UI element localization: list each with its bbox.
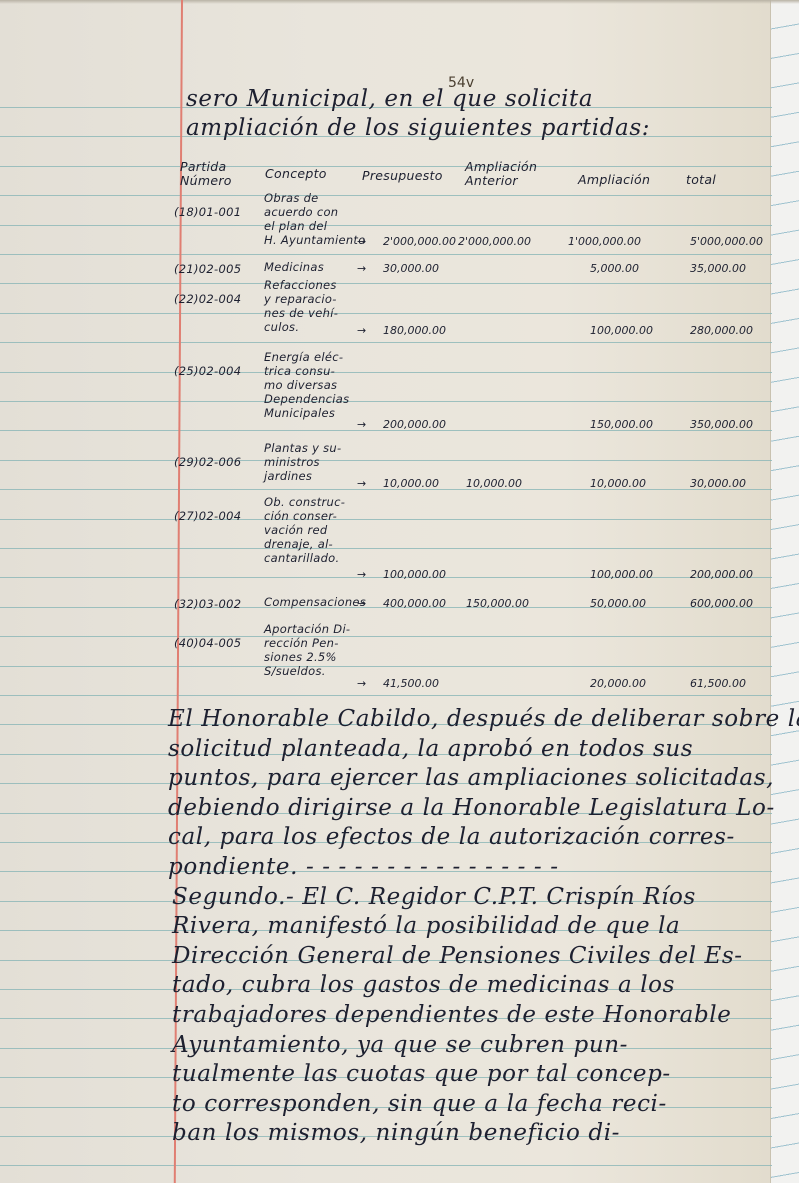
body-line: Rivera, manifestó la posibilidad de que … xyxy=(172,913,680,939)
cell-total: 35,000.00 xyxy=(690,262,746,275)
cell-partida: (27)02-004 xyxy=(174,509,241,523)
ruled-line xyxy=(0,254,772,255)
cell-partida: (18)01-001 xyxy=(174,205,241,219)
cell-ampliacion: 1'000,000.00 xyxy=(568,235,641,248)
cell-ampliacion-anterior: 10,000.00 xyxy=(466,477,522,490)
arrow-icon: → xyxy=(357,262,366,275)
ruled-line xyxy=(0,195,772,196)
cell-total: 200,000.00 xyxy=(690,568,753,581)
cell-concepto: Ob. construc- ción conser- vación red dr… xyxy=(264,495,345,565)
cell-partida: (25)02-004 xyxy=(174,364,241,378)
cell-ampliacion-anterior: 150,000.00 xyxy=(466,597,529,610)
ruled-line xyxy=(0,225,772,226)
body-line: tado, cubra los gastos de medicinas a lo… xyxy=(172,972,675,998)
intro-line-1: sero Municipal, en el que solicita xyxy=(186,86,593,112)
cell-ampliacion: 10,000.00 xyxy=(590,477,646,490)
arrow-icon: → xyxy=(357,477,366,490)
cell-presupuesto: 100,000.00 xyxy=(383,568,446,581)
cell-concepto: Obras de acuerdo con el plan del H. Ayun… xyxy=(264,191,366,247)
next-page-edge xyxy=(770,0,799,1183)
cell-total: 280,000.00 xyxy=(690,324,753,337)
cell-presupuesto: 180,000.00 xyxy=(383,324,446,337)
cell-presupuesto: 41,500.00 xyxy=(383,677,439,690)
ruled-line xyxy=(0,636,772,637)
cell-partida: (32)03-002 xyxy=(174,597,241,611)
ruled-line xyxy=(0,283,772,284)
arrow-icon: → xyxy=(357,597,366,610)
cell-partida: (22)02-004 xyxy=(174,292,241,306)
cell-presupuesto: 30,000.00 xyxy=(383,262,439,275)
ruled-line xyxy=(0,519,772,520)
body-line: tualmente las cuotas que por tal concep- xyxy=(172,1061,671,1087)
arrow-icon: → xyxy=(357,324,366,337)
cell-ampliacion: 20,000.00 xyxy=(590,677,646,690)
cell-presupuesto: 2'000,000.00 xyxy=(383,235,456,248)
cell-ampliacion: 100,000.00 xyxy=(590,324,653,337)
cell-total: 30,000.00 xyxy=(690,477,746,490)
cell-concepto: Medicinas xyxy=(264,260,324,274)
ruled-line xyxy=(0,342,772,343)
cell-concepto: Aportación Di- rección Pen- siones 2.5% … xyxy=(264,622,350,678)
ruled-line xyxy=(0,372,772,373)
body-line: debiendo dirigirse a la Honorable Legisl… xyxy=(168,795,775,821)
body-line: cal, para los efectos de la autorización… xyxy=(168,824,735,850)
arrow-icon: → xyxy=(357,235,366,248)
body-line: puntos, para ejercer las ampliaciones so… xyxy=(168,765,774,791)
body-line: pondiente. - - - - - - - - - - - - - - -… xyxy=(168,854,559,880)
body-line: ban los mismos, ningún beneficio di- xyxy=(172,1120,620,1146)
cell-ampliacion: 5,000.00 xyxy=(590,262,639,275)
ruled-line xyxy=(0,401,772,402)
body-line: Segundo.- El C. Regidor C.P.T. Crispín R… xyxy=(172,884,696,910)
cell-presupuesto: 10,000.00 xyxy=(383,477,439,490)
body-line: solicitud planteada, la aprobó en todos … xyxy=(168,736,693,762)
arrow-icon: → xyxy=(357,568,366,581)
body-line: Dirección General de Pensiones Civiles d… xyxy=(172,943,743,969)
body-line: to corresponden, sin que a la fecha reci… xyxy=(172,1091,667,1117)
arrow-icon: → xyxy=(357,677,366,690)
cell-ampliacion-anterior: 2'000,000.00 xyxy=(458,235,531,248)
ruled-line xyxy=(0,548,772,549)
cell-total: 5'000,000.00 xyxy=(690,235,763,248)
header-ampliacion-anterior: Ampliación Anterior xyxy=(465,160,537,188)
cell-presupuesto: 400,000.00 xyxy=(383,597,446,610)
body-line: Ayuntamiento, ya que se cubren pun- xyxy=(172,1032,628,1058)
cell-partida: (40)04-005 xyxy=(174,636,241,650)
header-presupuesto: Presupuesto xyxy=(362,169,443,182)
cell-ampliacion: 150,000.00 xyxy=(590,418,653,431)
cell-concepto: Plantas y su- ministros jardines xyxy=(264,441,341,483)
cell-presupuesto: 200,000.00 xyxy=(383,418,446,431)
page-top-shadow xyxy=(0,0,799,4)
intro-line-2: ampliación de los siguientes partidas: xyxy=(186,115,650,141)
cell-ampliacion: 50,000.00 xyxy=(590,597,646,610)
cell-concepto: Refacciones y reparacio- nes de vehí- cu… xyxy=(264,278,338,334)
arrow-icon: → xyxy=(357,418,366,431)
cell-concepto: Energía eléc- trica consu- mo diversas D… xyxy=(264,350,349,420)
ruled-line xyxy=(0,1165,772,1166)
cell-ampliacion: 100,000.00 xyxy=(590,568,653,581)
cell-total: 600,000.00 xyxy=(690,597,753,610)
ruled-line xyxy=(0,666,772,667)
ruled-line xyxy=(0,166,772,167)
ruled-line xyxy=(0,695,772,696)
header-ampliacion: Ampliación xyxy=(578,173,650,186)
header-concepto: Concepto xyxy=(265,167,327,180)
header-partida: Partida Número xyxy=(180,160,232,188)
cell-total: 61,500.00 xyxy=(690,677,746,690)
cell-total: 350,000.00 xyxy=(690,418,753,431)
cell-partida: (29)02-006 xyxy=(174,455,241,469)
ruled-line xyxy=(0,460,772,461)
ruled-line xyxy=(0,313,772,314)
body-line: El Honorable Cabildo, después de deliber… xyxy=(168,706,799,732)
header-total: total xyxy=(686,173,716,186)
cell-partida: (21)02-005 xyxy=(174,262,241,276)
body-line: trabajadores dependientes de este Honora… xyxy=(172,1002,731,1028)
cell-concepto: Compensaciones xyxy=(264,595,366,609)
